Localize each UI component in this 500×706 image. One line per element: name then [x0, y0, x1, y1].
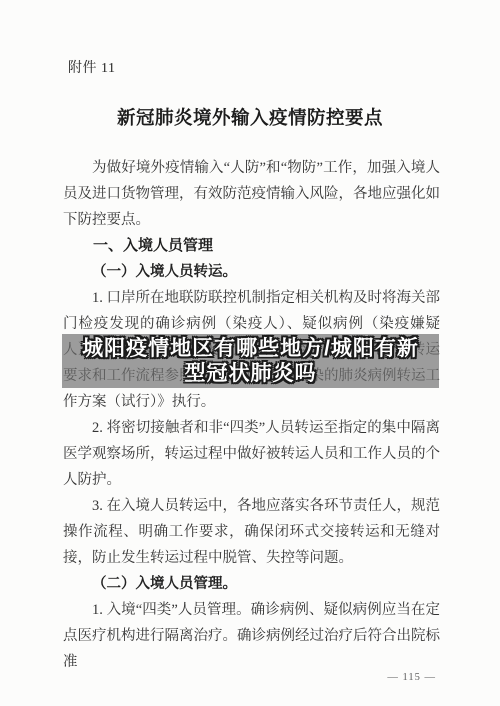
watermark-text-line: 型冠状肺炎吗 [185, 361, 317, 386]
section-heading-entry-management: 一、入境人员管理 [63, 233, 440, 259]
body-paragraph: 1. 入境“四类”人员管理。确诊病例、疑似病例应当在定点医疗机构进行隔离治疗。确… [63, 597, 440, 675]
watermark-overlay: 城阳疫情地区有哪些地方/城阳有新 型冠状肺炎吗 [62, 334, 439, 388]
attachment-label: 附件 11 [68, 57, 115, 77]
document-title: 新冠肺炎境外输入疫情防控要点 [0, 104, 500, 130]
page-number: — 115 — [387, 672, 436, 683]
subsection-heading-management: （二）入境人员管理。 [63, 571, 440, 597]
intro-paragraph: 为做好境外疫情输入“人防”和“物防”工作，加强入境人员及进口货物管理，有效防范疫… [63, 155, 440, 233]
watermark-text-line: 城阳疫情地区有哪些地方/城阳有新 [82, 336, 419, 361]
document-page: 附件 11 新冠肺炎境外输入疫情防控要点 为做好境外疫情输入“人防”和“物防”工… [0, 0, 500, 706]
body-paragraph: 3. 在入境人员转运中，各地应落实各环节责任人，规范操作流程、明确工作要求，确保… [63, 493, 440, 571]
body-paragraph: 2. 将密切接触者和非“四类”人员转运至指定的集中隔离医学观察场所，转运过程中做… [63, 415, 440, 493]
document-body: 为做好境外疫情输入“人防”和“物防”工作，加强入境人员及进口货物管理，有效防范疫… [63, 155, 440, 675]
subsection-heading-transfer: （一）入境人员转运。 [63, 259, 440, 285]
